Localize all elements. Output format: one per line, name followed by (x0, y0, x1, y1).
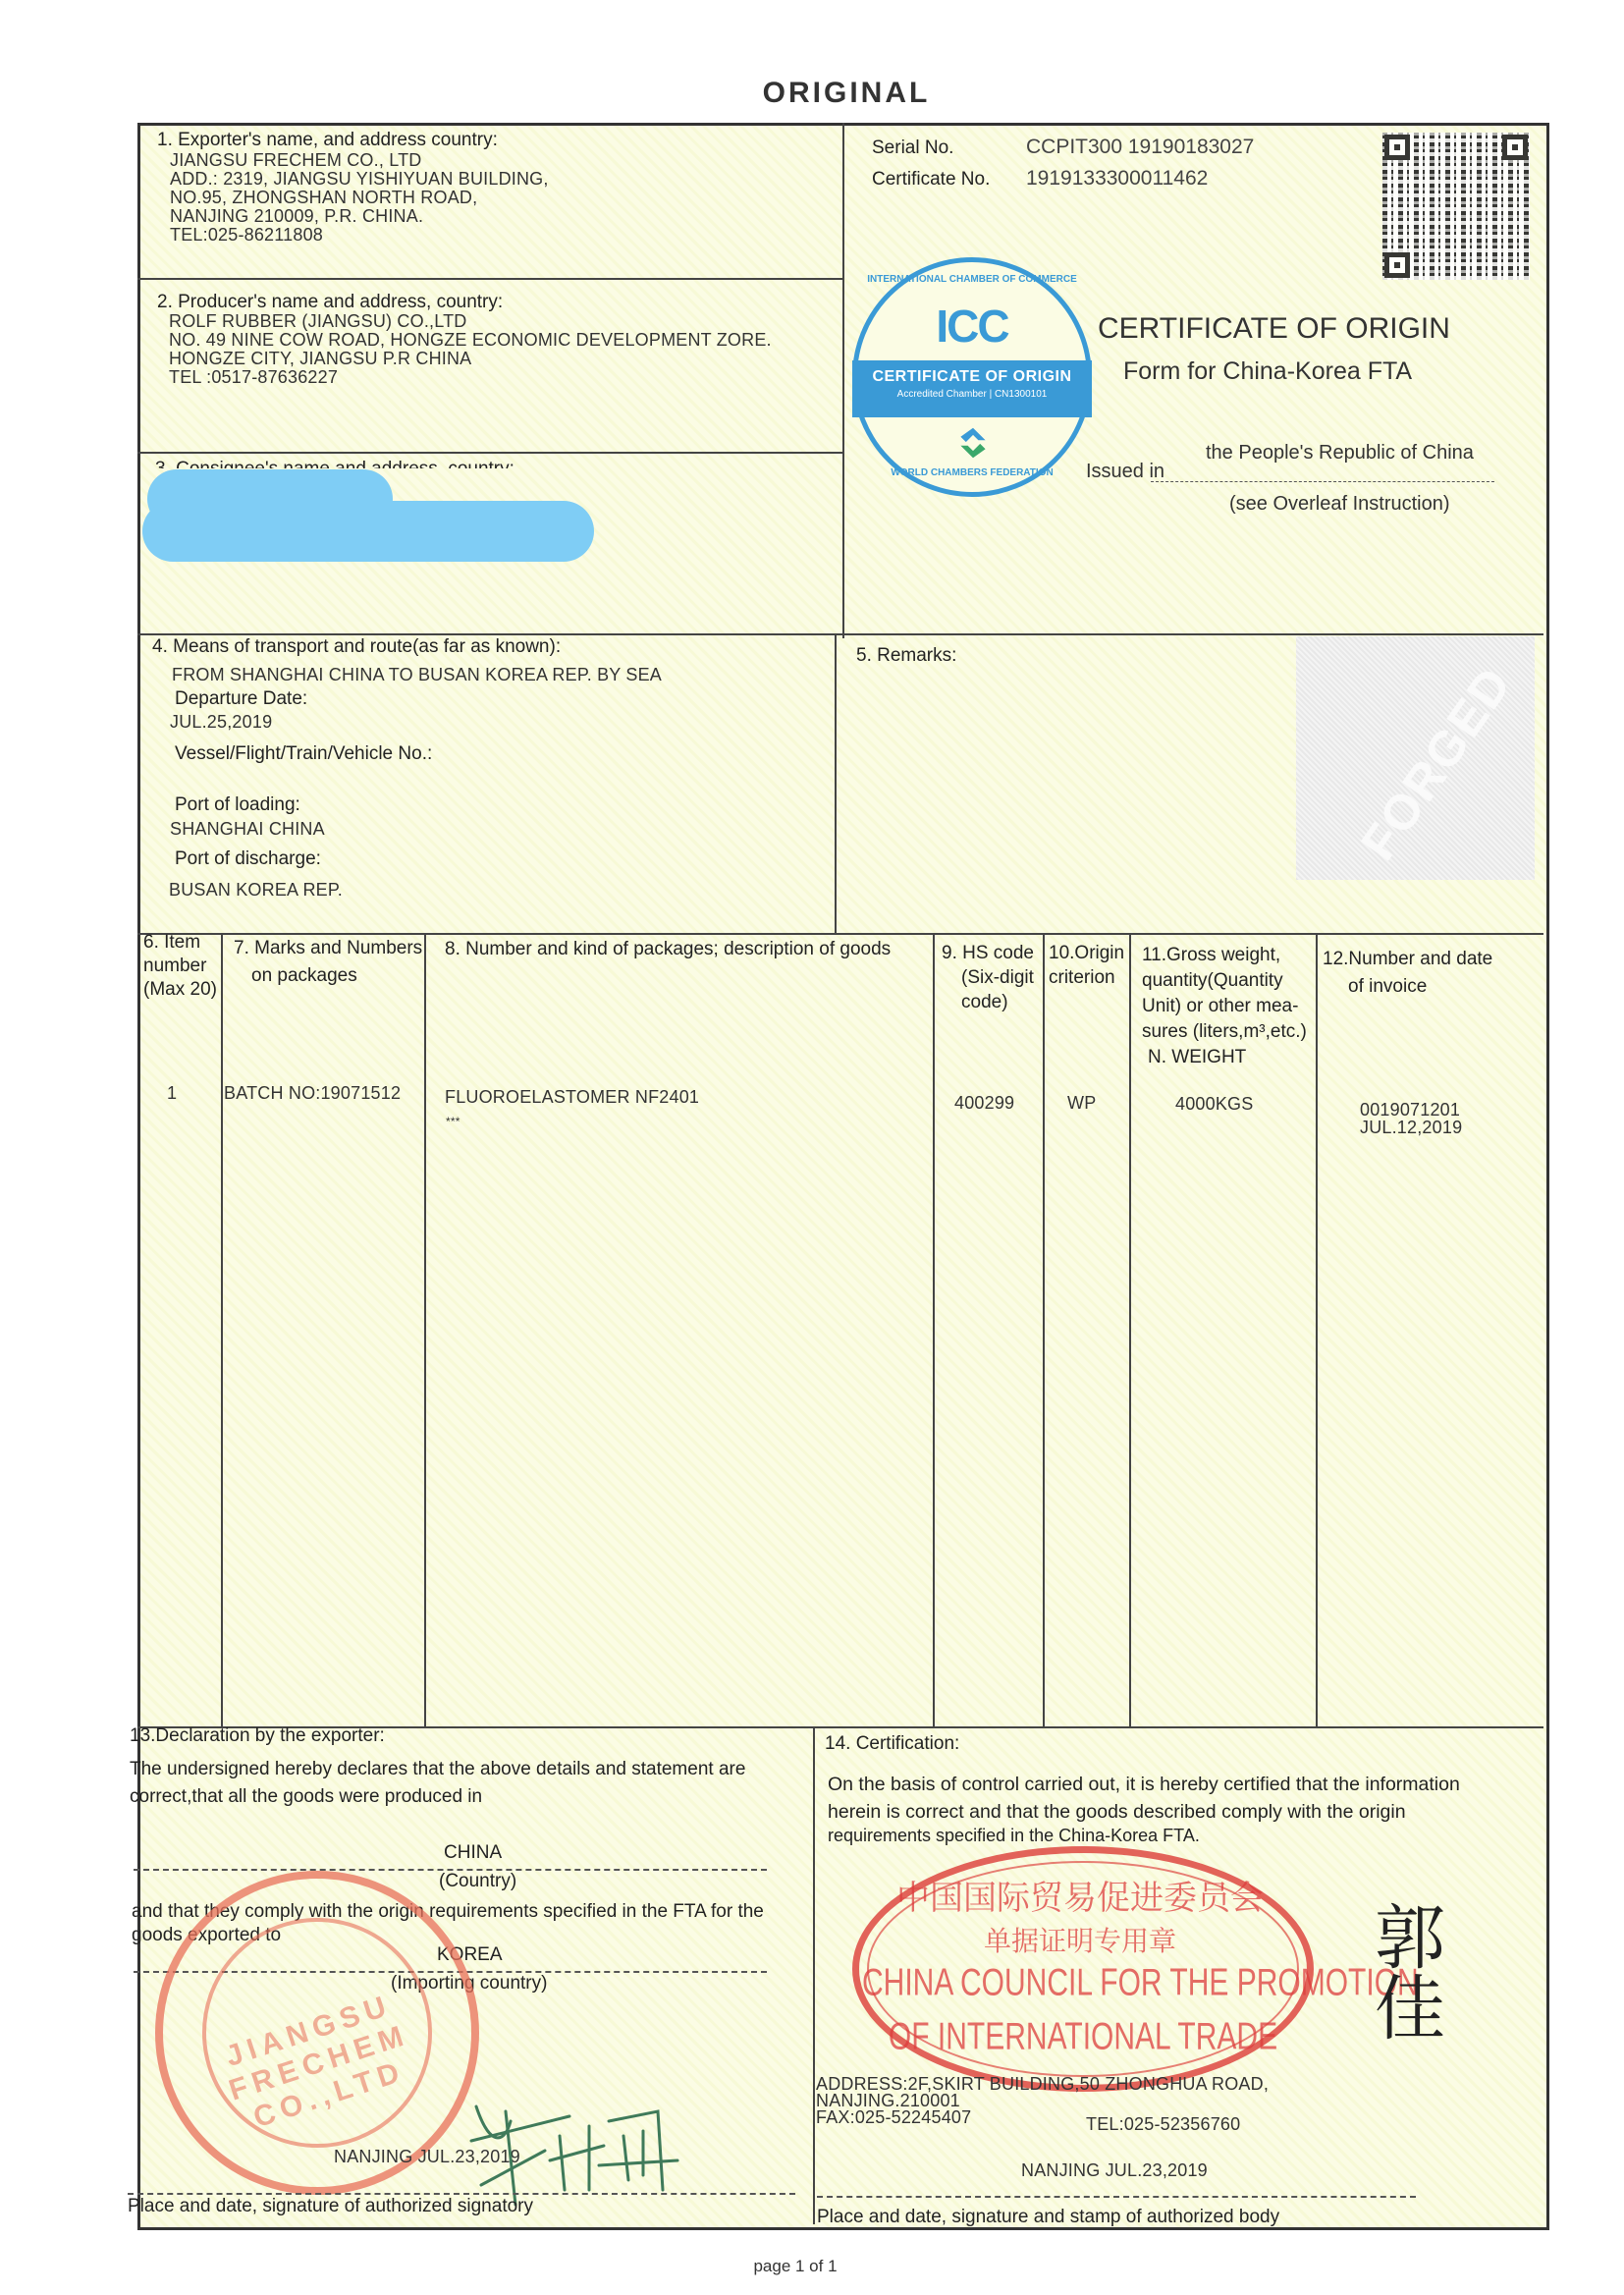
country-caption: (Country) (439, 1872, 516, 1891)
divider (1129, 933, 1131, 1726)
port-discharge-label: Port of discharge: (175, 849, 321, 869)
declaration-label: 13.Declaration by the exporter: (130, 1726, 385, 1746)
wcf-logo-icon (955, 425, 991, 461)
exporter-line: JIANGSU FRECHEM CO., LTD (170, 150, 421, 170)
header-description: 8. Number and kind of packages; descript… (445, 940, 891, 959)
certifier-signature: 郭佳 (1365, 1900, 1443, 2042)
divider (137, 278, 844, 280)
certification-text: On the basis of control carried out, it … (828, 1775, 1460, 1794)
producer-line: HONGZE CITY, JIANGSU P.R CHINA (169, 349, 471, 368)
divider (137, 452, 844, 454)
header-line: number (143, 955, 217, 978)
page-number: page 1 of 1 (0, 2257, 1591, 2276)
remarks-watermark: FORGED (1296, 636, 1535, 880)
qr-finder (1384, 252, 1410, 278)
header-line: 11.Gross weight, (1142, 943, 1307, 968)
icc-band-sub: Accredited Chamber | CN1300101 (852, 389, 1092, 400)
remarks-label: 5. Remarks: (856, 646, 956, 666)
departure-date-label: Departure Date: (175, 689, 307, 709)
header-line: 7. Marks and Numbers (234, 935, 422, 962)
certification-place-date: NANJING JUL.23,2019 (1021, 2160, 1208, 2180)
declaration-text: correct,that all the goods were produced… (130, 1787, 482, 1807)
header-origin-criterion: 10.Origin criterion (1049, 941, 1124, 990)
header-line: of invoice (1323, 973, 1492, 1001)
cell-invoice-number: 0019071201 (1360, 1100, 1460, 1120)
issued-in-line (1151, 481, 1494, 482)
certification-text: herein is correct and that the goods des… (828, 1802, 1406, 1822)
header-line: criterion (1049, 965, 1124, 990)
header-line: quantity(Quantity (1142, 968, 1307, 994)
icc-ring-bottom-text: WORLD CHAMBERS FEDERATION (857, 467, 1087, 478)
certificate-subtitle: Form for China-Korea FTA (1123, 357, 1412, 385)
serial-no-label: Serial No. (872, 138, 953, 158)
cell-description-end: *** (446, 1112, 460, 1131)
watermark-text: FORGED (1349, 656, 1523, 870)
divider (137, 633, 1543, 635)
ccpit-fax: FAX:025-52245407 (816, 2107, 971, 2127)
certificate-no-label: Certificate No. (872, 170, 990, 190)
departure-date-value: JUL.25,2019 (170, 712, 272, 732)
exporter-line: NO.95, ZHONGSHAN NORTH ROAD, (170, 188, 477, 207)
qr-code (1382, 133, 1530, 280)
redaction-mark (142, 501, 594, 562)
divider (1043, 933, 1045, 1726)
header-line: (Max 20) (143, 978, 217, 1002)
divider (813, 1726, 815, 2224)
issued-in-label: Issued in (1086, 462, 1164, 481)
producer-label: 2. Producer's name and address, country: (157, 293, 503, 312)
exporter-label: 1. Exporter's name, and address country: (157, 131, 498, 150)
divider (933, 933, 935, 1726)
icc-ring-top-text: INTERNATIONAL CHAMBER OF COMMERCE (857, 274, 1087, 285)
ccpit-tel: TEL:025-52356760 (1086, 2114, 1240, 2134)
header-line: on packages (234, 962, 422, 990)
vessel-label: Vessel/Flight/Train/Vehicle No.: (175, 744, 432, 764)
transport-route: FROM SHANGHAI CHINA TO BUSAN KOREA REP. … (172, 665, 662, 684)
cell-weight: 4000KGS (1175, 1094, 1253, 1114)
port-discharge-value: BUSAN KOREA REP. (169, 880, 343, 900)
header-invoice: 12.Number and date of invoice (1323, 946, 1492, 1001)
exporter-line: TEL:025-86211808 (170, 225, 323, 245)
header-marks: 7. Marks and Numbers on packages (234, 935, 422, 990)
cell-invoice-date: JUL.12,2019 (1360, 1118, 1462, 1137)
header-line: 6. Item (143, 931, 217, 955)
producing-country: CHINA (444, 1843, 502, 1863)
producer-line: ROLF RUBBER (JIANGSU) CO.,LTD (169, 311, 467, 331)
cell-hs-code: 400299 (954, 1093, 1014, 1113)
overleaf-note: (see Overleaf Instruction) (1229, 494, 1450, 514)
document-title-original: ORIGINAL (0, 77, 1624, 110)
cell-description: FLUOROELASTOMER NF2401 (445, 1087, 699, 1107)
certification-label: 14. Certification: (825, 1734, 959, 1754)
signature-line (128, 2193, 795, 2195)
stamp-en-line2: OF INTERNATIONAL TRADE (862, 2016, 1304, 2059)
port-loading-label: Port of loading: (175, 795, 300, 815)
producer-line: NO. 49 NINE COW ROAD, HONGZE ECONOMIC DE… (169, 330, 772, 350)
transport-label: 4. Means of transport and route(as far a… (152, 637, 561, 657)
exporter-line: ADD.: 2319, JIANGSU YISHIYUAN BUILDING, (170, 169, 549, 189)
serial-no-value: CCPIT300 19190183027 (1026, 137, 1254, 157)
qr-finder (1502, 135, 1528, 160)
certification-text: requirements specified in the China-Kore… (828, 1826, 1200, 1845)
issued-in-value: the People's Republic of China (1206, 443, 1474, 463)
stamp-cn-line2: 单据证明专用章 (884, 1920, 1276, 1959)
certificate-no-value: 1919133300011462 (1026, 169, 1208, 189)
port-loading-value: SHANGHAI CHINA (170, 819, 325, 839)
exporter-signature (452, 2082, 687, 2210)
header-weight: 11.Gross weight, quantity(Quantity Unit)… (1142, 943, 1307, 1070)
header-line: 12.Number and date (1323, 946, 1492, 973)
exporter-line: NANJING 210009, P.R. CHINA. (170, 206, 423, 226)
exporter-signatory-caption: Place and date, signature of authorized … (128, 2197, 533, 2216)
stamp-en-line1: CHINA COUNCIL FOR THE PROMOTION (862, 1962, 1304, 2005)
certificate-title: CERTIFICATE OF ORIGIN (1098, 312, 1450, 346)
declaration-text: The undersigned hereby declares that the… (130, 1760, 745, 1779)
cell-marks: BATCH NO:19071512 (224, 1083, 401, 1103)
header-line: Unit) or other mea- (1142, 994, 1307, 1019)
cell-origin: WP (1067, 1093, 1096, 1113)
divider (1316, 933, 1318, 1726)
certification-caption: Place and date, signature and stamp of a… (817, 2208, 1279, 2227)
icc-band-title: CERTIFICATE OF ORIGIN (852, 368, 1092, 386)
header-line: 10.Origin (1049, 941, 1124, 965)
header-line: sures (liters,m³,etc.) (1142, 1019, 1307, 1045)
icc-logo: ICC (857, 300, 1087, 353)
header-line: N. WEIGHT (1142, 1045, 1307, 1070)
divider (842, 123, 844, 638)
header-line: (Six-digit (942, 965, 1034, 990)
qr-finder (1384, 135, 1410, 160)
header-item: 6. Item number (Max 20) (143, 931, 217, 1002)
icc-band: CERTIFICATE OF ORIGIN Accredited Chamber… (852, 360, 1092, 417)
cell-item: 1 (167, 1083, 177, 1103)
producer-line: TEL :0517-87636227 (169, 367, 338, 387)
icc-seal: INTERNATIONAL CHAMBER OF COMMERCE ICC CE… (852, 257, 1092, 497)
divider (221, 933, 223, 1726)
divider (835, 633, 837, 933)
header-line: 9. HS code (942, 941, 1034, 965)
header-line: code) (942, 990, 1034, 1014)
certification-signature-line (817, 2196, 1416, 2198)
divider (424, 933, 426, 1726)
stamp-cn-line1: 中国国际贸易促进委员会 (884, 1871, 1276, 1919)
header-hs-code: 9. HS code (Six-digit code) (942, 941, 1034, 1014)
